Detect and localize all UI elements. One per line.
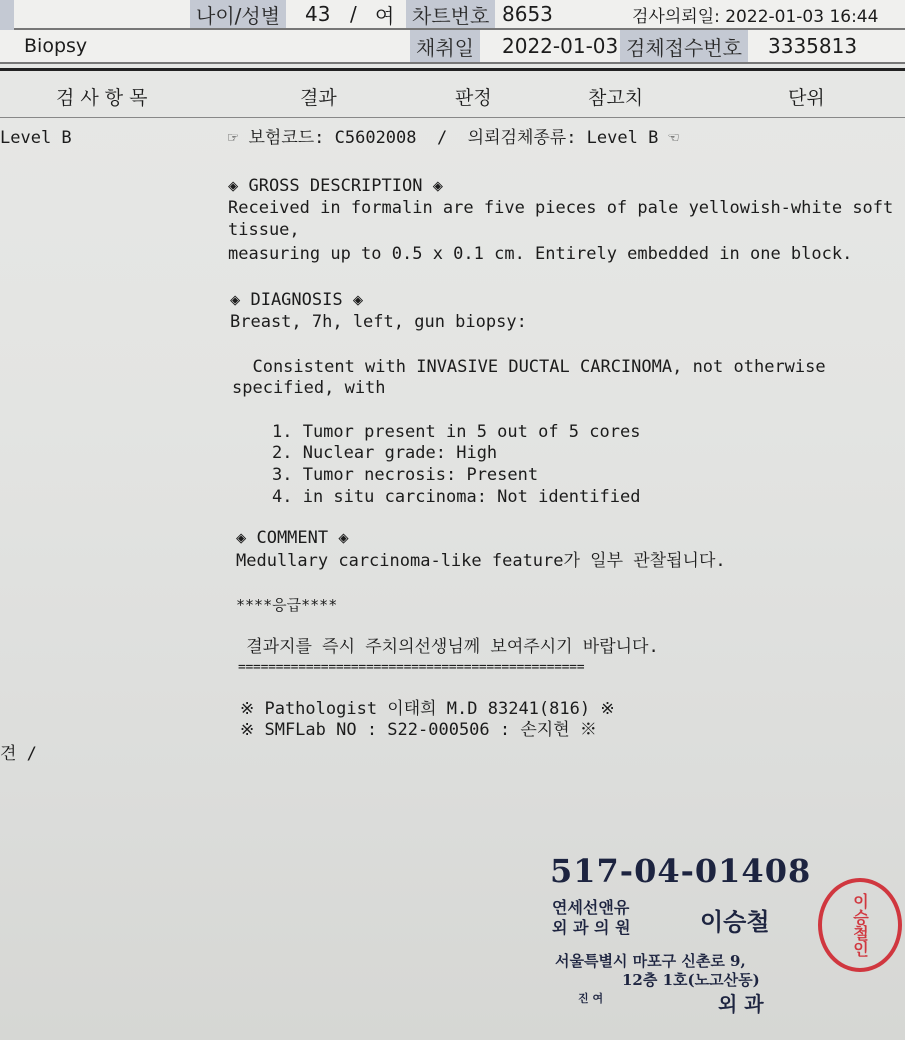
gross-line: measuring up to 0.5 x 0.1 cm. Entirely e… (228, 244, 852, 265)
col-result: 결과 (300, 83, 337, 110)
stamp-name-2: 외 과 의 원 (552, 915, 631, 938)
diagnosis-item: 4. in situ carcinoma: Not identified (272, 487, 640, 508)
test-item: Level B (0, 128, 72, 149)
stamp-doctor: 이승철 (700, 902, 770, 937)
age-value: 43 (305, 0, 330, 28)
column-header: 검 사 항 목 결과 판정 참고치 단위 (0, 68, 905, 118)
specimen-no-label: 검체접수번호 (620, 30, 748, 62)
collect-date-label: 채취일 (410, 30, 480, 62)
diagnosis-item: 3. Tumor necrosis: Present (272, 465, 538, 486)
request-date: 검사의뢰일: 2022-01-03 16:44 (632, 0, 878, 28)
gross-line: Received in formalin are five pieces of … (228, 198, 893, 219)
diagnosis-item: 2. Nuclear grade: High (272, 443, 497, 464)
chart-no-label: 차트번호 (406, 0, 495, 28)
stamp-reg-no: 517-04-01408 (550, 852, 811, 890)
gross-title: ◈ GROSS DESCRIPTION ◈ (228, 176, 443, 197)
separator: ========================================… (238, 657, 584, 678)
stamp-dept-prefix: 진 여 (578, 990, 603, 1006)
red-seal-icon: 이승철인 (818, 878, 902, 972)
collect-date-value: 2022-01-03 (502, 30, 618, 62)
seal-text: 이승철인 (849, 893, 872, 957)
pathologist: ※ Pathologist 이태희 M.D 83241(816) ※ (240, 699, 615, 720)
col-unit: 단위 (788, 83, 825, 110)
lab-number: ※ SMFLab NO : S22-000506 : 손지현 ※ (240, 720, 597, 741)
specimen-type: Biopsy (24, 30, 87, 62)
comment-text: Medullary carcinoma-like feature가 일부 관찰됩… (236, 551, 726, 572)
specimen-no-value: 3335813 (768, 30, 857, 62)
stamp-address-2: 12층 1호(노고산동) (622, 969, 760, 990)
left-fragment: 견 / (0, 744, 37, 765)
col-reference: 참고치 (588, 83, 643, 110)
diagnosis-item: 1. Tumor present in 5 out of 5 cores (272, 422, 640, 443)
col-judgement: 판정 (455, 83, 492, 110)
diagnosis-title: ◈ DIAGNOSIS ◈ (230, 290, 363, 311)
comment-title: ◈ COMMENT ◈ (236, 528, 349, 549)
diagnosis-summary: specified, with (232, 378, 386, 399)
urgent-message: 결과지를 즉시 주치의선생님께 보여주시기 바랍니다. (236, 637, 659, 658)
age-sex-label: 나이/성별 (190, 0, 286, 28)
chart-no-value: 8653 (502, 0, 553, 28)
header-row-1: 나이/성별 43 / 여 차트번호 8653 검사의뢰일: 2022-01-03… (0, 0, 905, 30)
sex-value: 여 (375, 0, 394, 28)
stamp-address-1: 서울특별시 마포구 신촌로 9, (555, 950, 746, 971)
insurance-line: ☞ 보험코드: C5602008 / 의뢰검체종류: Level B ☜ (228, 128, 679, 149)
stamp-dept: 외 과 (718, 988, 764, 1017)
urgent-flag: ****응급**** (236, 595, 337, 616)
diagnosis-site: Breast, 7h, left, gun biopsy: (230, 312, 527, 333)
sex-sep: / (350, 0, 357, 28)
header-row-2: Biopsy 채취일 2022-01-03 검체접수번호 3335813 (0, 30, 905, 64)
gross-line: tissue, (228, 220, 300, 241)
col-test-item: 검 사 항 목 (56, 83, 148, 110)
diagnosis-summary: Consistent with INVASIVE DUCTAL CARCINOM… (232, 357, 826, 378)
